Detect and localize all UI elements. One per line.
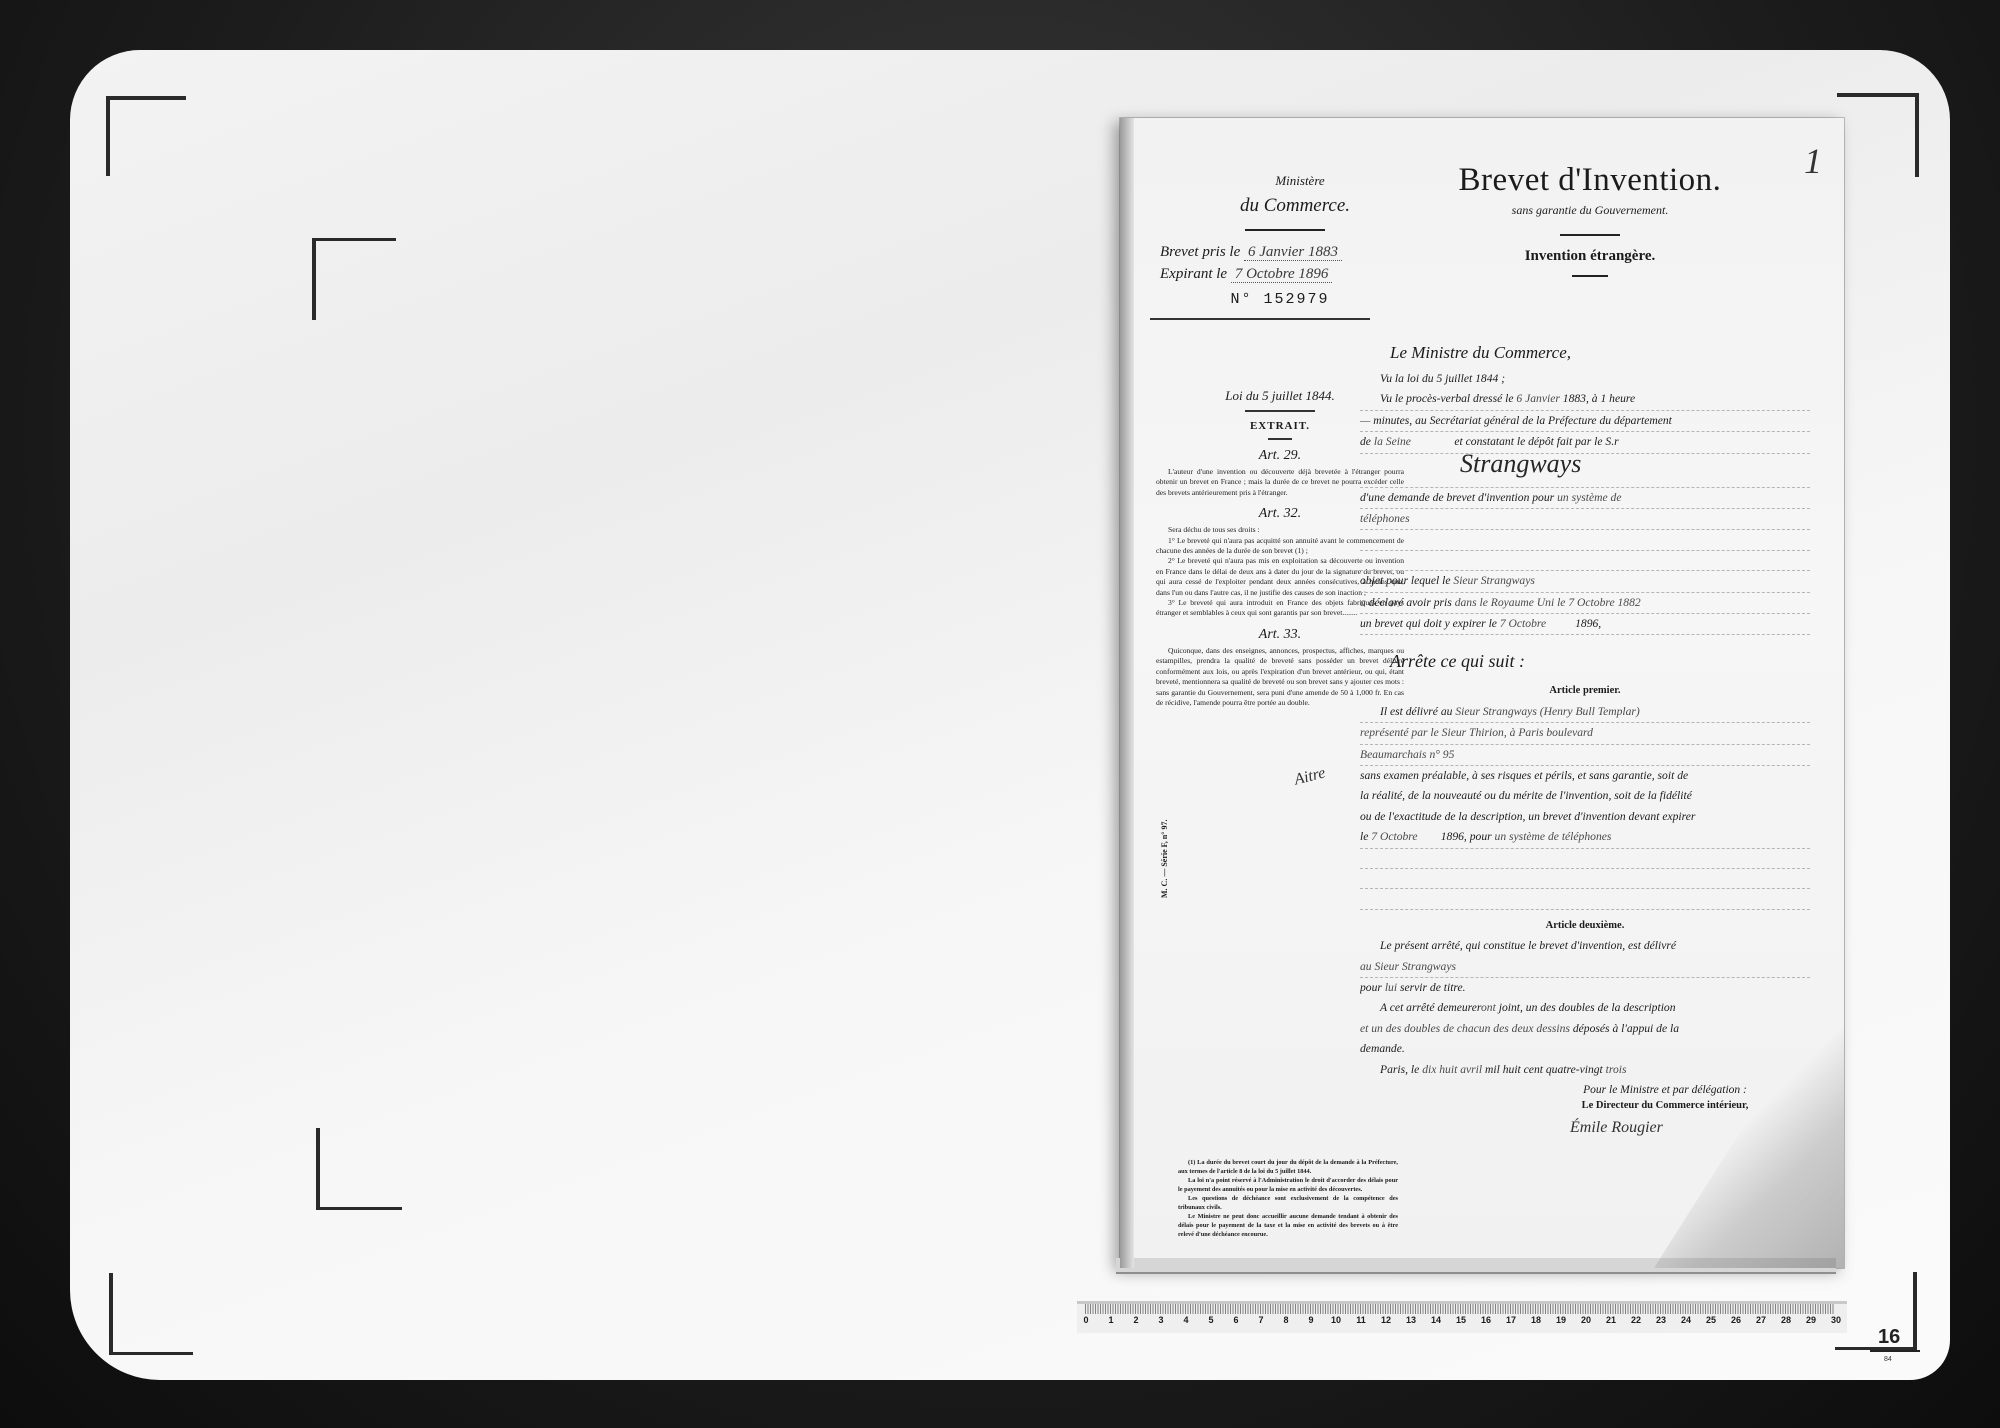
divider [1245,410,1315,412]
document-heading: Invention étrangère. [1370,248,1810,265]
text: déclaré avoir pris [1369,596,1452,609]
ruler-label: 27 [1756,1315,1766,1325]
article1-line: représenté par le Sieur Thirion, à Paris… [1360,723,1810,744]
text: A cet arrêté demeurer [1380,1001,1481,1014]
applicant-line: Strangways [1360,454,1810,488]
arrete-heading: Arrête ce qui suit : [1360,651,1810,679]
text: et constatant le dépôt fait par le S.r [1454,435,1618,448]
ruler-label: 18 [1531,1315,1541,1325]
applicant-name: Strangways [1360,454,1581,478]
expire-line: un brevet qui doit y expirer le 7 Octobr… [1360,614,1810,635]
text: 1896, [1575,617,1601,630]
handwritten-grantee: Sieur Strangways (Henry Bull Templar) [1455,705,1639,718]
ruler-label: 13 [1406,1315,1416,1325]
text: mil huit cent quatre-vingt [1485,1063,1603,1076]
handwritten-grantee: au Sieur Strangways [1360,960,1456,973]
footnote: Le Ministre ne peut donc accueillir aucu… [1178,1212,1398,1239]
text: déposés à l'appui de la [1573,1022,1679,1035]
article2-line: et un des doubles de chacun des deux des… [1360,1019,1810,1039]
handwritten-date: dix huit avril [1422,1063,1482,1076]
proces-verbal-line: Vu le procès-verbal dressé le 6 Janvier … [1360,389,1810,410]
text: Paris, le [1380,1063,1419,1076]
document-binding-edge [1120,118,1134,1268]
article1-line: Beaumarchais n° 95 [1360,745,1810,766]
handwritten-date: 7 Octobre [1500,617,1546,630]
blank-line [1360,869,1810,889]
registration-mark-bottom-left-outer [109,1273,193,1355]
expirant-value: 7 Octobre 1896 [1231,266,1333,283]
patent-number: N° 152979 [1150,291,1410,308]
ruler-label: 7 [1256,1315,1266,1325]
department-line: de la Seine et constatant le dépôt fait … [1360,432,1810,453]
handwritten-attachments: et un des doubles de chacun des deux des… [1360,1022,1570,1035]
text: objet pour lequel le [1360,574,1450,587]
registration-mark-bottom-left-inner [316,1128,402,1210]
minutes-line: — minutes, au Secrétariat général de la … [1360,411,1810,432]
text: 1883, à 1 heure [1563,392,1635,405]
brevet-pris-value: 6 Janvier 1883 [1244,244,1342,261]
registration-mark-top-left-outer [106,96,186,176]
ruler-label: 25 [1706,1315,1716,1325]
ruler-label: 26 [1731,1315,1741,1325]
ruler-label: 10 [1331,1315,1341,1325]
ruler-label: 29 [1806,1315,1816,1325]
article1-text: ou de l'exactitude de la description, un… [1360,807,1810,827]
document-subtitle: sans garantie du Gouvernement. [1370,203,1810,218]
divider [1150,318,1370,320]
ruler-label: 23 [1656,1315,1666,1325]
text: d'une demande de brevet d'invention pour [1360,491,1554,504]
date-line: Paris, le dix huit avril mil huit cent q… [1360,1060,1810,1080]
article-deuxieme-heading: Article deuxième. [1360,916,1810,936]
director-title: Le Directeur du Commerce intérieur, [1520,1098,1810,1114]
numero-value: 152979 [1264,291,1330,308]
frame-number: 16 [1878,1326,1900,1349]
footnote: (1) La durée du brevet court du jour du … [1178,1158,1398,1176]
ruler-label: 1 [1106,1315,1116,1325]
blank-line [1360,889,1810,909]
handwritten-fill: ont [1481,1001,1496,1014]
ornament-divider [1245,229,1325,231]
divider [1572,275,1608,277]
ruler-label: 28 [1781,1315,1791,1325]
text: Il est délivré au [1380,705,1452,718]
invention-line: d'une demande de brevet d'invention pour… [1360,488,1810,509]
article2-text: Le présent arrêté, qui constitue le brev… [1360,936,1810,956]
footnote: Les questions de déchéance sont exclusiv… [1178,1194,1398,1212]
ruler-label: 17 [1506,1315,1516,1325]
ruler-label: 8 [1281,1315,1291,1325]
text: 1896, pour [1441,830,1492,843]
frame-underline [1870,1350,1920,1352]
signature-block: Pour le Ministre et par délégation : Le … [1520,1082,1810,1114]
handwritten-fill: lui [1385,981,1397,994]
registration-mark-top-right [1837,93,1919,177]
handwritten-invention: un système de téléphones [1495,830,1612,843]
handwritten-date: 6 Janvier [1516,392,1559,405]
ruler-label: 19 [1556,1315,1566,1325]
text: de [1360,435,1371,448]
brevet-pris-label: Brevet pris le [1160,244,1240,260]
ruler-label: 9 [1306,1315,1316,1325]
ruler-label: 6 [1231,1315,1241,1325]
blank-line [1360,530,1810,550]
ruler-labels: 0 1 2 3 4 5 6 7 8 9 10 11 12 13 14 15 16… [1081,1315,1841,1325]
footnotes: (1) La durée du brevet court du jour du … [1178,1158,1398,1239]
handwritten-name: Sieur Strangways [1453,574,1534,587]
delegation-line: Pour le Ministre et par délégation : [1520,1082,1810,1098]
ornament-divider [1560,234,1620,236]
divider [1268,438,1292,440]
ruler-label: 15 [1456,1315,1466,1325]
text: Vu le procès-verbal dressé le [1380,392,1514,405]
expirant-label: Expirant le [1160,266,1227,282]
text: le [1360,830,1368,843]
ruler-label: 12 [1381,1315,1391,1325]
handwritten-representative: représenté par le Sieur Thirion, à Paris… [1360,726,1593,739]
document-body: Le Ministre du Commerce, Vu la loi du 5 … [1360,343,1810,1139]
text: minutes, au Secrétariat général de la Pr… [1373,414,1672,427]
article1-line: Il est délivré au Sieur Strangways (Henr… [1360,702,1810,723]
ruler-label: 3 [1156,1315,1166,1325]
measuring-ruler: 0 1 2 3 4 5 6 7 8 9 10 11 12 13 14 15 16… [1077,1301,1847,1333]
invention-line-2: téléphones [1360,509,1810,530]
article2-line: au Sieur Strangways [1360,957,1810,978]
article1-text: sans examen préalable, à ses risques et … [1360,766,1810,786]
article2-line: A cet arrêté demeureront joint, un des d… [1360,998,1810,1018]
frame-subnumber: 84 [1884,1356,1892,1363]
handwritten-fill: — [1360,414,1370,427]
handwritten-fill: a [1360,596,1366,609]
article1-text: la réalité, de la nouveauté ou du mérite… [1360,786,1810,806]
text: servir de titre. [1400,981,1466,994]
ruler-label: 20 [1581,1315,1591,1325]
law-reference-line: Vu la loi du 5 juillet 1844 ; [1360,369,1810,389]
handwritten-date: 7 Octobre [1371,830,1417,843]
ruler-ticks [1085,1304,1835,1314]
handwritten-address: Beaumarchais n° 95 [1360,748,1454,761]
ruler-label: 14 [1431,1315,1441,1325]
ruler-label: 22 [1631,1315,1641,1325]
ruler-label: 2 [1131,1315,1141,1325]
series-code: M. C. — Série F, n° 97. [1160,820,1169,898]
handwritten-invention: téléphones [1360,512,1410,525]
article1-expire-line: le 7 Octobre 1896, pour un système de té… [1360,827,1810,848]
text: pour [1360,981,1382,994]
handwritten-year: trois [1606,1063,1627,1076]
ruler-label: 11 [1356,1315,1366,1325]
article-premier-heading: Article premier. [1360,681,1810,701]
registration-mark-top-left-inner [312,238,396,320]
blank-line [1360,849,1810,869]
patent-document: 1 Ministère du Commerce. Brevet pris le … [1120,118,1844,1268]
handwritten-department: la Seine [1374,435,1411,448]
document-title: Brevet d'Invention. [1370,162,1810,199]
ruler-label: 21 [1606,1315,1616,1325]
ruler-label: 24 [1681,1315,1691,1325]
text: un brevet qui doit y expirer le [1360,617,1497,630]
objet-line: objet pour lequel le Sieur Strangways [1360,571,1810,592]
article2-line: demande. [1360,1039,1810,1059]
ruler-label: 0 [1081,1315,1091,1325]
document-header: Brevet d'Invention. sans garantie du Gou… [1370,158,1810,277]
numero-label: N° [1230,291,1252,308]
registration-mark-bottom-right [1835,1272,1917,1350]
ruler-label: 30 [1831,1315,1841,1325]
text: joint, un des doubles de la description [1499,1001,1676,1014]
handwritten-invention: un système de [1557,491,1621,504]
handwritten-foreign-patent: dans le Royaume Uni le 7 Octobre 1882 [1455,596,1641,609]
footnote: La loi n'a point réservé à l'Administrat… [1178,1176,1398,1194]
ruler-label: 16 [1481,1315,1491,1325]
director-signature: Émile Rougier [1570,1118,1810,1138]
ruler-label: 5 [1206,1315,1216,1325]
minister-line: Le Ministre du Commerce, [1360,343,1810,369]
ruler-label: 4 [1181,1315,1191,1325]
declare-line: a déclaré avoir pris dans le Royaume Uni… [1360,593,1810,614]
article2-line: pour lui servir de titre. [1360,978,1810,998]
blank-line [1360,551,1810,571]
